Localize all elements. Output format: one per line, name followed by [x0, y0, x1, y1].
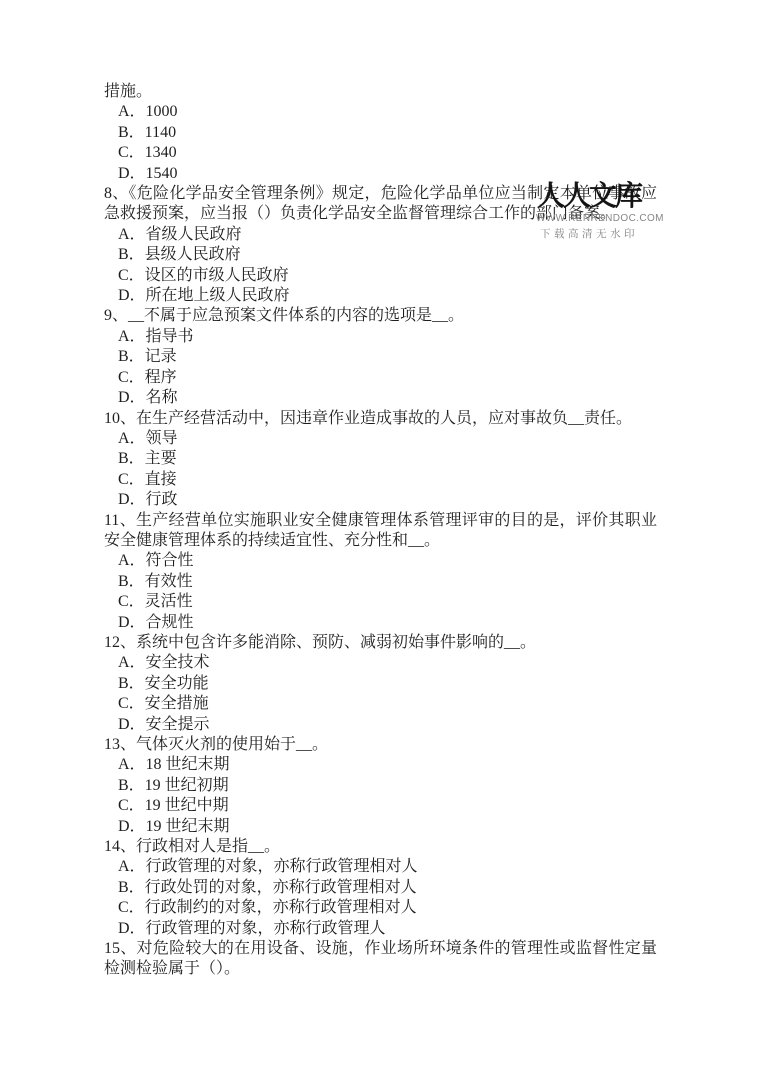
option-item: A．领导: [104, 429, 657, 449]
option-item: C．灵活性: [104, 592, 657, 612]
question-text: 15、对危险较大的在用设备、设施，作业场所环境条件的管理性或监督性定量检测检验属…: [104, 939, 657, 980]
option-item: A．安全技术: [104, 653, 657, 673]
option-item: D．安全提示: [104, 715, 657, 735]
option-item: B．记录: [104, 347, 657, 367]
option-item: D．1540: [104, 164, 657, 184]
option-item: B．1140: [104, 123, 657, 143]
option-item: B．安全功能: [104, 674, 657, 694]
option-item: C．设区的市级人民政府: [104, 266, 657, 286]
option-item: D．合规性: [104, 613, 657, 633]
option-item: A．指导书: [104, 327, 657, 347]
question-list: 措施。A．1000B．1140C．1340D．15408、《危险化学品安全管理条…: [104, 82, 657, 980]
question-text: 14、行政相对人是指__。: [104, 837, 657, 857]
option-item: A．1000: [104, 102, 657, 122]
option-item: D．所在地上级人民政府: [104, 286, 657, 306]
option-item: C．1340: [104, 143, 657, 163]
option-item: B．行政处罚的对象，亦称行政管理相对人: [104, 878, 657, 898]
option-item: C．行政制约的对象，亦称行政管理相对人: [104, 898, 657, 918]
option-item: B．县级人民政府: [104, 245, 657, 265]
option-item: D．行政管理的对象，亦称行政管理人: [104, 919, 657, 939]
question-text: 8、《危险化学品安全管理条例》规定，危险化学品单位应当制定本单位事故应急救援预案…: [104, 184, 657, 225]
option-item: C．19 世纪中期: [104, 796, 657, 816]
question-text: 措施。: [104, 82, 657, 102]
option-item: A．符合性: [104, 551, 657, 571]
option-item: B．有效性: [104, 572, 657, 592]
option-item: D．行政: [104, 490, 657, 510]
question-text: 11、生产经营单位实施职业安全健康管理体系管理评审的目的是，评价其职业安全健康管…: [104, 511, 657, 552]
document-page: 措施。A．1000B．1140C．1340D．15408、《危险化学品安全管理条…: [0, 0, 763, 1080]
question-text: 10、在生产经营活动中，因违章作业造成事故的人员，应对事故负__责任。: [104, 409, 657, 429]
option-item: D．名称: [104, 388, 657, 408]
question-text: 13、气体灭火剂的使用始于__。: [104, 735, 657, 755]
option-item: A．行政管理的对象，亦称行政管理相对人: [104, 857, 657, 877]
question-text: 9、__不属于应急预案文件体系的内容的选项是__。: [104, 306, 657, 326]
option-item: C．直接: [104, 470, 657, 490]
option-item: B．主要: [104, 449, 657, 469]
option-item: D．19 世纪末期: [104, 817, 657, 837]
option-item: C．安全措施: [104, 694, 657, 714]
question-text: 12、系统中包含许多能消除、预防、减弱初始事件影响的__。: [104, 633, 657, 653]
option-item: B．19 世纪初期: [104, 776, 657, 796]
option-item: A．18 世纪末期: [104, 755, 657, 775]
option-item: A．省级人民政府: [104, 225, 657, 245]
option-item: C．程序: [104, 368, 657, 388]
